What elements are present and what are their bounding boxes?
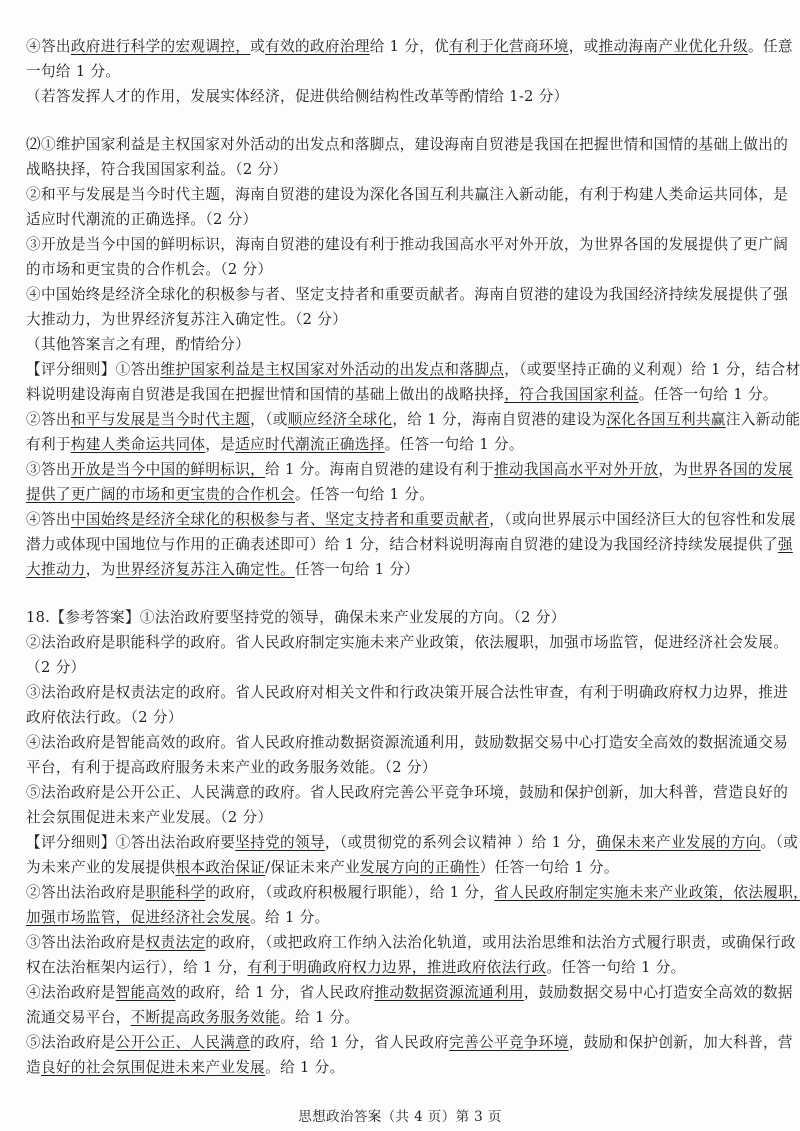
underlined-key-phrase: 权责法定 (146, 934, 206, 951)
text-line: ④答出中国始终是经济全球化的积极参与者、坚定支持者和重要贡献者，（或向世界展示中… (26, 510, 766, 530)
text-line: 政府依法行政。（2 分） (26, 708, 766, 728)
underlined-key-phrase: 确保未来产业发展的方向 (596, 834, 760, 851)
underlined-key-phrase: 有利于明确政府权力边界，推进政府依法行政 (248, 959, 547, 976)
underlined-key-phrase: 世界经济复苏注入确定性。 (116, 561, 295, 578)
document-page: ④答出政府进行科学的宏观调控，或有效的政府治理给 1 分，优有利于化营商环境，或… (0, 0, 800, 1131)
text-segment: ，鼓励和保护创新，加大科普，营 (569, 1034, 793, 1051)
text-line: 18.【参考答案】①法治政府要坚持党的领导，确保未来产业发展的方向。（2 分） (26, 608, 766, 628)
text-segment: 的政府，（或政府积极履行职能），给 1 分， (205, 884, 494, 901)
text-line: ④法治政府是智能高效的政府。省人民政府推动数据资源流通利用，鼓励数据交易中心打造… (26, 733, 766, 753)
text-segment: 注入新动能， (726, 411, 800, 428)
text-segment: 。任答一句给 1 分。 (546, 959, 685, 976)
text-segment: ⑤法治政府是 (26, 1034, 116, 1051)
text-segment: ⑤法治政府是公开公正、人民满意的政府。省人民政府完善公平竞争环境，鼓励和保护创新… (26, 784, 788, 801)
text-segment: ，鼓励数据交易中心打造安全高效的数据 (524, 984, 793, 1001)
text-line: 大推动力，为世界经济复苏注入确定性。（2 分） (26, 310, 766, 330)
underlined-key-phrase: 中国始终是经济全球化的积极参与者、坚定支持者和重要贡献者 (71, 511, 489, 528)
text-segment: ④中国始终是经济全球化的积极参与者、坚定支持者和重要贡献者。海南自贸港的建设为我… (26, 286, 788, 303)
underlined-key-phrase: 加强市场监管，促进经济社会发展 (26, 909, 250, 926)
text-line: ③开放是当今中国的鲜明标识，海南自贸港的建设有利于推动我国高水平对外开放，为世界… (26, 235, 766, 255)
text-line: 【评分细则】①答出法治政府要坚持党的领导，（或贯彻党的系列会议精神 ）给 1 分… (26, 833, 766, 853)
text-line: （若答发挥人才的作用，发展实体经济，促进供给侧结构性改革等酌情给 1-2 分） (26, 87, 766, 107)
text-segment: 。任答一句给 1 分。 (385, 436, 524, 453)
text-line: 为未来产业的发展提供根本政治保证/保证未来产业发展方向的正确性）任答一句给 1 … (26, 858, 766, 878)
underlined-key-phrase: 深化各国互利共赢 (606, 411, 726, 428)
underlined-key-phrase: 提供了更广阔的市场和更宝贵的合作机会 (26, 486, 295, 503)
text-segment: 。给 1 分。 (265, 1059, 344, 1076)
text-segment: ，（或 (250, 411, 288, 428)
underlined-key-phrase: 公开公正、人民满意 (116, 1034, 251, 1051)
text-segment: 适应时代潮流的正确选择。（2 分） (26, 211, 257, 228)
text-segment: ④答出 (26, 38, 71, 55)
underlined-key-phrase: 构建人类命运共同体 (71, 436, 206, 453)
text-segment: 一句给 1 分。 (26, 63, 120, 80)
text-segment: ⑵①维护国家利益是主权国家对外活动的出发点和落脚点，建设海南自贸港是我国在把握世… (26, 136, 788, 153)
text-segment: （若答发挥人才的作用，发展实体经济，促进供给侧结构性改革等酌情给 1-2 分） (26, 88, 569, 105)
text-line: 适应时代潮流的正确选择。（2 分） (26, 210, 766, 230)
text-line: 有利于构建人类命运共同体，是适应时代潮流正确选择。任答一句给 1 分。 (26, 435, 766, 455)
text-line: ⑤法治政府是公开公正、人民满意的政府。省人民政府完善公平竞争环境，鼓励和保护创新… (26, 783, 766, 803)
text-segment: ，（或要坚持正确的义利观）给 1 分，结合材 (504, 361, 800, 378)
text-segment: ④法治政府是 (26, 984, 116, 1001)
text-segment: 料说明建设海南自贸港是我国在把握世情和国情的基础上做出的战略抉择 (26, 386, 504, 403)
text-line: ③答出法治政府是权责法定的政府，（或把政府工作纳入法治化轨道，或用法治思维和法治… (26, 933, 766, 953)
text-line: ②和平与发展是当今时代主题，海南自贸港的建设为深化各国互利共赢注入新动能，有利于… (26, 185, 766, 205)
text-segment: 大推动力，为世界经济复苏注入确定性。（2 分） (26, 311, 347, 328)
text-segment: 的政府，给 1 分，省人民政府 (175, 984, 374, 1001)
text-segment: 政府依法行政。（2 分） (26, 709, 183, 726)
underlined-key-phrase: 政府进行科学的宏观调控， (71, 38, 250, 55)
text-line: 平台，有利于提高政府服务未来产业的政务服务效能。（2 分） (26, 758, 766, 778)
underlined-key-phrase: 推动我国高水平对外开放 (494, 461, 658, 478)
underlined-key-phrase: 强 (778, 536, 793, 553)
text-line: 社会氛围促进未来产业发展。（2 分） (26, 808, 766, 828)
text-line: 流通交易平台，不断提高政务服务效能。给 1 分。 (26, 1008, 766, 1028)
text-segment: ）任答一句给 1 分。 (480, 859, 619, 876)
text-segment: ②和平与发展是当今时代主题，海南自贸港的建设为深化各国互利共赢注入新动能，有利于… (26, 186, 788, 203)
text-segment: 造 (26, 1059, 41, 1076)
page-footer: 思想政治答案（共 4 页）第 3 页 (0, 1105, 800, 1125)
text-line: ④答出政府进行科学的宏观调控，或有效的政府治理给 1 分，优有利于化营商环境，或… (26, 37, 766, 57)
text-segment: ，为 (86, 561, 116, 578)
text-segment: ②答出 (26, 411, 71, 428)
text-line: 加强市场监管，促进经济社会发展。给 1 分。 (26, 908, 766, 928)
text-line: 大推动力，为世界经济复苏注入确定性。任答一句给 1 分） (26, 560, 766, 580)
text-line: 提供了更广阔的市场和更宝贵的合作机会。任答一句给 1 分。 (26, 485, 766, 505)
text-segment: /保证未来产业 (265, 859, 360, 876)
text-segment: 的政府，（或把政府工作纳入法治化轨道，或用法治思维和法治方式履行职责，或确保行政 (205, 934, 795, 951)
underlined-key-phrase: 推动海南产业优化升级 (599, 38, 748, 55)
underlined-key-phrase: ，符合我国国家利益 (504, 386, 639, 403)
text-segment: ③答出 (26, 461, 71, 478)
underlined-key-phrase: 省人民政府制定实施未来产业政策，依法履职， (494, 884, 800, 901)
text-segment: 。任答一句给 1 分。 (295, 486, 434, 503)
underlined-key-phrase: 有利于化营商环境 (449, 38, 569, 55)
text-segment: 的政府，给 1 分，省人民政府 (250, 1034, 449, 1051)
text-segment: 给 1 分，优 (370, 38, 449, 55)
text-segment: 【评分细则】①答出 (26, 361, 161, 378)
text-segment: ②答出法治政府是 (26, 884, 146, 901)
underlined-key-phrase: 坚持党的领导 (235, 834, 325, 851)
text-line: （2 分） (26, 658, 766, 678)
text-segment: 18.【参考答案】①法治政府要坚持党的领导，确保未来产业发展的方向。（2 分） (26, 609, 566, 626)
text-segment: 任答一句给 1 分） (295, 561, 419, 578)
text-line: 【评分细则】①答出维护国家利益是主权国家对外活动的出发点和落脚点，（或要坚持正确… (26, 360, 766, 380)
underlined-key-phrase: 不断提高政务服务效能 (131, 1009, 280, 1026)
text-segment: ②法治政府是职能科学的政府。省人民政府制定实施未来产业政策，依法履职，加强市场监… (26, 634, 788, 651)
underlined-key-phrase: 开放是当今中国的鲜明标识， (71, 461, 265, 478)
text-line: 战略抉择，符合我国国家利益。（2 分） (26, 160, 766, 180)
text-segment: 。任意 (748, 38, 793, 55)
text-line: 一句给 1 分。 (26, 62, 766, 82)
text-segment: 或 (250, 38, 265, 55)
text-line: ②答出和平与发展是当今时代主题，（或顺应经济全球化，给 1 分，海南自贸港的建设… (26, 410, 766, 430)
text-line: ④中国始终是经济全球化的积极参与者、坚定支持者和重要贡献者。海南自贸港的建设为我… (26, 285, 766, 305)
text-line: （其他答案言之有理，酌情给分） (26, 335, 766, 355)
text-segment: ③法治政府是权责法定的政府。省人民政府对相关文件和行政决策开展合法性审查，有利于… (26, 684, 788, 701)
text-segment: 权在法治框架内运行），给 1 分， (26, 959, 248, 976)
text-line: ③法治政府是权责法定的政府。省人民政府对相关文件和行政决策开展合法性审查，有利于… (26, 683, 766, 703)
text-segment: 。（或 (761, 834, 799, 851)
underlined-key-phrase: 有效的政府治理 (265, 38, 370, 55)
text-segment: ，（或向世界展示中国经济巨大的包容性和发展 (489, 511, 796, 528)
underlined-key-phrase: 维护国家利益是主权国家对外活动的出发点和落脚点 (161, 361, 505, 378)
text-line: 权在法治框架内运行），给 1 分，有利于明确政府权力边界，推进政府依法行政。任答… (26, 958, 766, 978)
underlined-key-phrase: 根本政治保证 (175, 859, 265, 876)
text-segment: 流通交易平台， (26, 1009, 131, 1026)
text-segment: （2 分） (26, 659, 85, 676)
text-line: 造良好的社会氛围促进未来产业发展。给 1 分。 (26, 1058, 766, 1078)
underlined-key-phrase: 顺应经济全球化 (288, 411, 393, 428)
text-segment: ，（或贯彻党的系列会议精神 ）给 1 分， (325, 834, 596, 851)
underlined-key-phrase: 完善公平竞争环境 (449, 1034, 569, 1051)
text-line: ②答出法治政府是职能科学的政府，（或政府积极履行职能），给 1 分，省人民政府制… (26, 883, 766, 903)
text-line: ⑵①维护国家利益是主权国家对外活动的出发点和落脚点，建设海南自贸港是我国在把握世… (26, 135, 766, 155)
text-segment: 。给 1 分。 (250, 909, 329, 926)
text-segment: 潜力或体现中国地位与作用的正确表述即可）给 1 分，结合材料说明海南自贸港的建设… (26, 536, 778, 553)
underlined-key-phrase: 推动数据资源流通利用 (374, 984, 523, 1001)
text-segment: 【评分细则】①答出法治政府要 (26, 834, 235, 851)
text-line: ②法治政府是职能科学的政府。省人民政府制定实施未来产业政策，依法履职，加强市场监… (26, 633, 766, 653)
underlined-key-phrase: 和平与发展是当今时代主题 (71, 411, 250, 428)
text-segment: 给 1 分。海南自贸港的建设有利于 (265, 461, 494, 478)
underlined-key-phrase: 发展方向的正确性 (360, 859, 480, 876)
text-segment: ，或 (569, 38, 599, 55)
text-segment: 有利于 (26, 436, 71, 453)
text-line: 料说明建设海南自贸港是我国在把握世情和国情的基础上做出的战略抉择，符合我国国家利… (26, 385, 766, 405)
text-segment: ④答出 (26, 511, 71, 528)
text-line: 的市场和更宝贵的合作机会。（2 分） (26, 260, 766, 280)
underlined-key-phrase: 适应时代潮流正确选择 (235, 436, 384, 453)
text-segment: 。任答一句给 1 分。 (639, 386, 778, 403)
text-segment: 的市场和更宝贵的合作机会。（2 分） (26, 261, 272, 278)
text-segment: ③开放是当今中国的鲜明标识，海南自贸港的建设有利于推动我国高水平对外开放，为世界… (26, 236, 788, 253)
underlined-key-phrase: 大推动力 (26, 561, 86, 578)
underlined-key-phrase: 良好的社会氛围促进未来产业发展 (41, 1059, 265, 1076)
underlined-key-phrase: 职能科学 (146, 884, 206, 901)
text-line: ④法治政府是智能高效的政府，给 1 分，省人民政府推动数据资源流通利用，鼓励数据… (26, 983, 766, 1003)
text-line: 潜力或体现中国地位与作用的正确表述即可）给 1 分，结合材料说明海南自贸港的建设… (26, 535, 766, 555)
text-segment: 平台，有利于提高政府服务未来产业的政务服务效能。（2 分） (26, 759, 437, 776)
text-segment: ③答出法治政府是 (26, 934, 146, 951)
text-segment: ，给 1 分，海南自贸港的建设为 (392, 411, 606, 428)
text-segment: ④法治政府是智能高效的政府。省人民政府推动数据资源流通利用，鼓励数据交易中心打造… (26, 734, 788, 751)
text-segment: 为未来产业的发展提供 (26, 859, 175, 876)
text-segment: 。给 1 分。 (280, 1009, 359, 1026)
text-line: ③答出开放是当今中国的鲜明标识，给 1 分。海南自贸港的建设有利于推动我国高水平… (26, 460, 766, 480)
text-segment: （其他答案言之有理，酌情给分） (26, 336, 250, 353)
underlined-key-phrase: 世界各国的发展 (688, 461, 793, 478)
text-segment: ，为 (658, 461, 688, 478)
underlined-key-phrase: 智能高效 (116, 984, 176, 1001)
text-segment: 战略抉择，符合我国国家利益。（2 分） (26, 161, 287, 178)
text-segment: ，是 (205, 436, 235, 453)
text-line: ⑤法治政府是公开公正、人民满意的政府，给 1 分，省人民政府完善公平竞争环境，鼓… (26, 1033, 766, 1053)
text-segment: 社会氛围促进未来产业发展。（2 分） (26, 809, 272, 826)
